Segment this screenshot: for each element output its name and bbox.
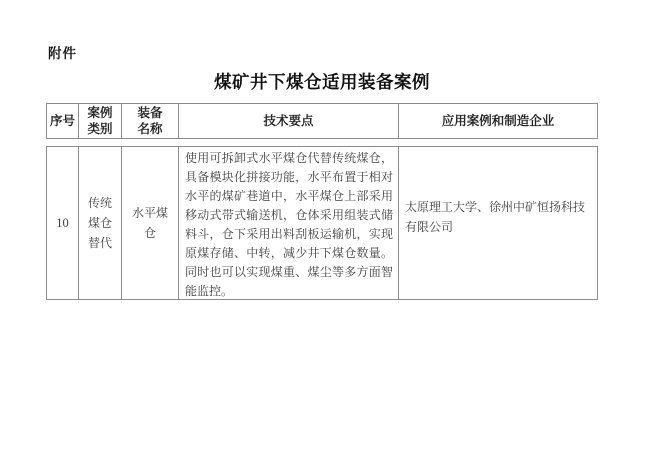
cell-category: 传统煤仓替代 bbox=[79, 147, 122, 299]
row-companies: 太原理工大学、徐州中矿恒扬科技有限公司 bbox=[405, 197, 591, 237]
table-header-row: 序号 案例类别 装备名称 技术要点 应用案例和制造企业 bbox=[46, 103, 598, 139]
col-header-no: 序号 bbox=[47, 104, 79, 138]
col-header-category: 案例类别 bbox=[79, 104, 122, 138]
cell-tech-points: 使用可拆卸式水平煤仓代替传统煤仓，具备模块化拼接功能，水平布置于相对水平的煤矿巷… bbox=[179, 147, 399, 299]
cell-companies: 太原理工大学、徐州中矿恒扬科技有限公司 bbox=[399, 147, 597, 299]
col-header-equipment: 装备名称 bbox=[122, 104, 179, 138]
table-row: 10 传统煤仓替代 水平煤仓 使用可拆卸式水平煤仓代替传统煤仓，具备模块化拼接功… bbox=[46, 146, 598, 300]
attachment-label: 附件 bbox=[48, 42, 77, 62]
col-header-equipment-label: 装备名称 bbox=[138, 105, 163, 137]
row-equipment: 水平煤仓 bbox=[132, 203, 168, 243]
col-header-no-label: 序号 bbox=[50, 113, 75, 129]
col-header-tech-label: 技术要点 bbox=[263, 113, 313, 129]
document-page: 附件 煤矿井下煤仓适用装备案例 序号 案例类别 装备名称 技术要点 应用案例和制… bbox=[0, 0, 650, 459]
row-number: 10 bbox=[56, 213, 69, 233]
col-header-category-label: 案例类别 bbox=[88, 105, 113, 137]
cell-no: 10 bbox=[47, 147, 79, 299]
row-category: 传统煤仓替代 bbox=[88, 193, 112, 253]
equipment-case-table: 序号 案例类别 装备名称 技术要点 应用案例和制造企业 10 传统煤仓替代 bbox=[46, 103, 598, 300]
row-tech-points: 使用可拆卸式水平煤仓代替传统煤仓，具备模块化拼接功能，水平布置于相对水平的煤矿巷… bbox=[185, 151, 393, 298]
col-header-application: 应用案例和制造企业 bbox=[399, 104, 597, 138]
cell-equipment: 水平煤仓 bbox=[122, 147, 179, 299]
col-header-application-label: 应用案例和制造企业 bbox=[442, 113, 555, 129]
page-title: 煤矿井下煤仓适用装备案例 bbox=[46, 69, 598, 94]
col-header-tech: 技术要点 bbox=[179, 104, 399, 138]
